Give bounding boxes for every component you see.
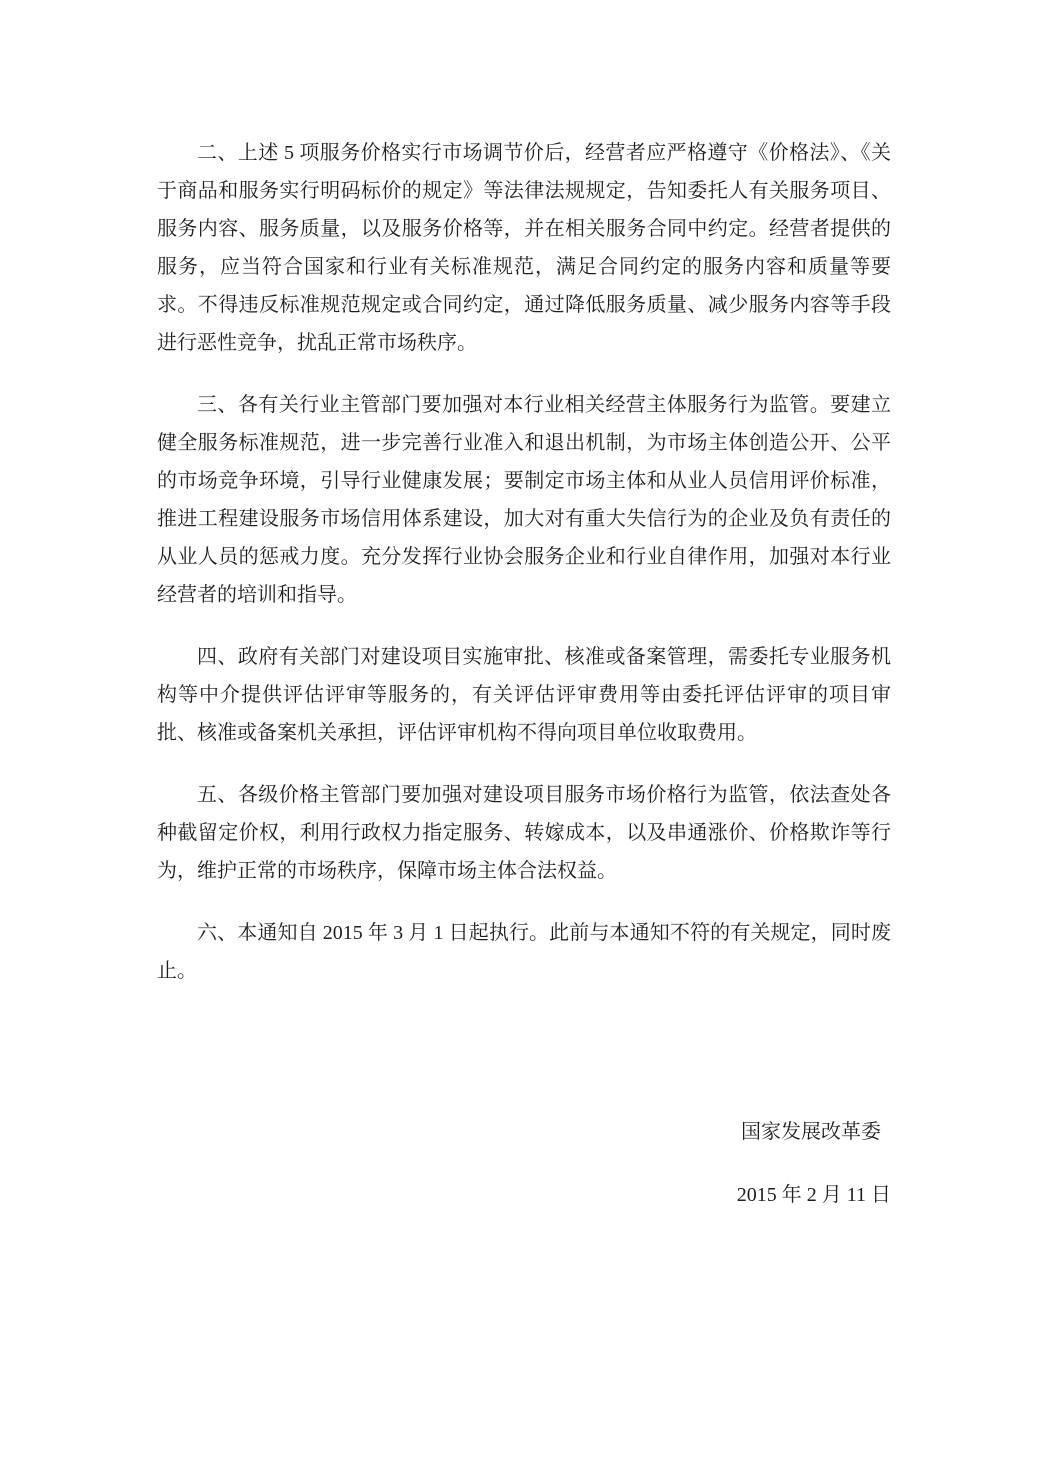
document-body: 二、上述 5 项服务价格实行市场调节价后，经营者应严格遵守《价格法》、《关于商品… bbox=[157, 134, 891, 990]
signature-date: 2015 年 2 月 11 日 bbox=[157, 1176, 891, 1214]
paragraph-item-2: 二、上述 5 项服务价格实行市场调节价后，经营者应严格遵守《价格法》、《关于商品… bbox=[157, 134, 891, 362]
paragraph-item-6: 六、本通知自 2015 年 3 月 1 日起执行。此前与本通知不符的有关规定，同… bbox=[157, 914, 891, 990]
paragraph-item-4: 四、政府有关部门对建设项目实施审批、核准或备案管理，需委托专业服务机构等中介提供… bbox=[157, 638, 891, 752]
signature-signer: 国家发展改革委 bbox=[157, 1113, 891, 1151]
signature-block: 国家发展改革委 2015 年 2 月 11 日 bbox=[157, 1113, 891, 1214]
paragraph-item-3: 三、各有关行业主管部门要加强对本行业相关经营主体服务行为监管。要建立健全服务标准… bbox=[157, 386, 891, 614]
paragraph-item-5: 五、各级价格主管部门要加强对建设项目服务市场价格行为监管，依法查处各种截留定价权… bbox=[157, 776, 891, 890]
document-page: 二、上述 5 项服务价格实行市场调节价后，经营者应严格遵守《价格法》、《关于商品… bbox=[0, 0, 1040, 1470]
